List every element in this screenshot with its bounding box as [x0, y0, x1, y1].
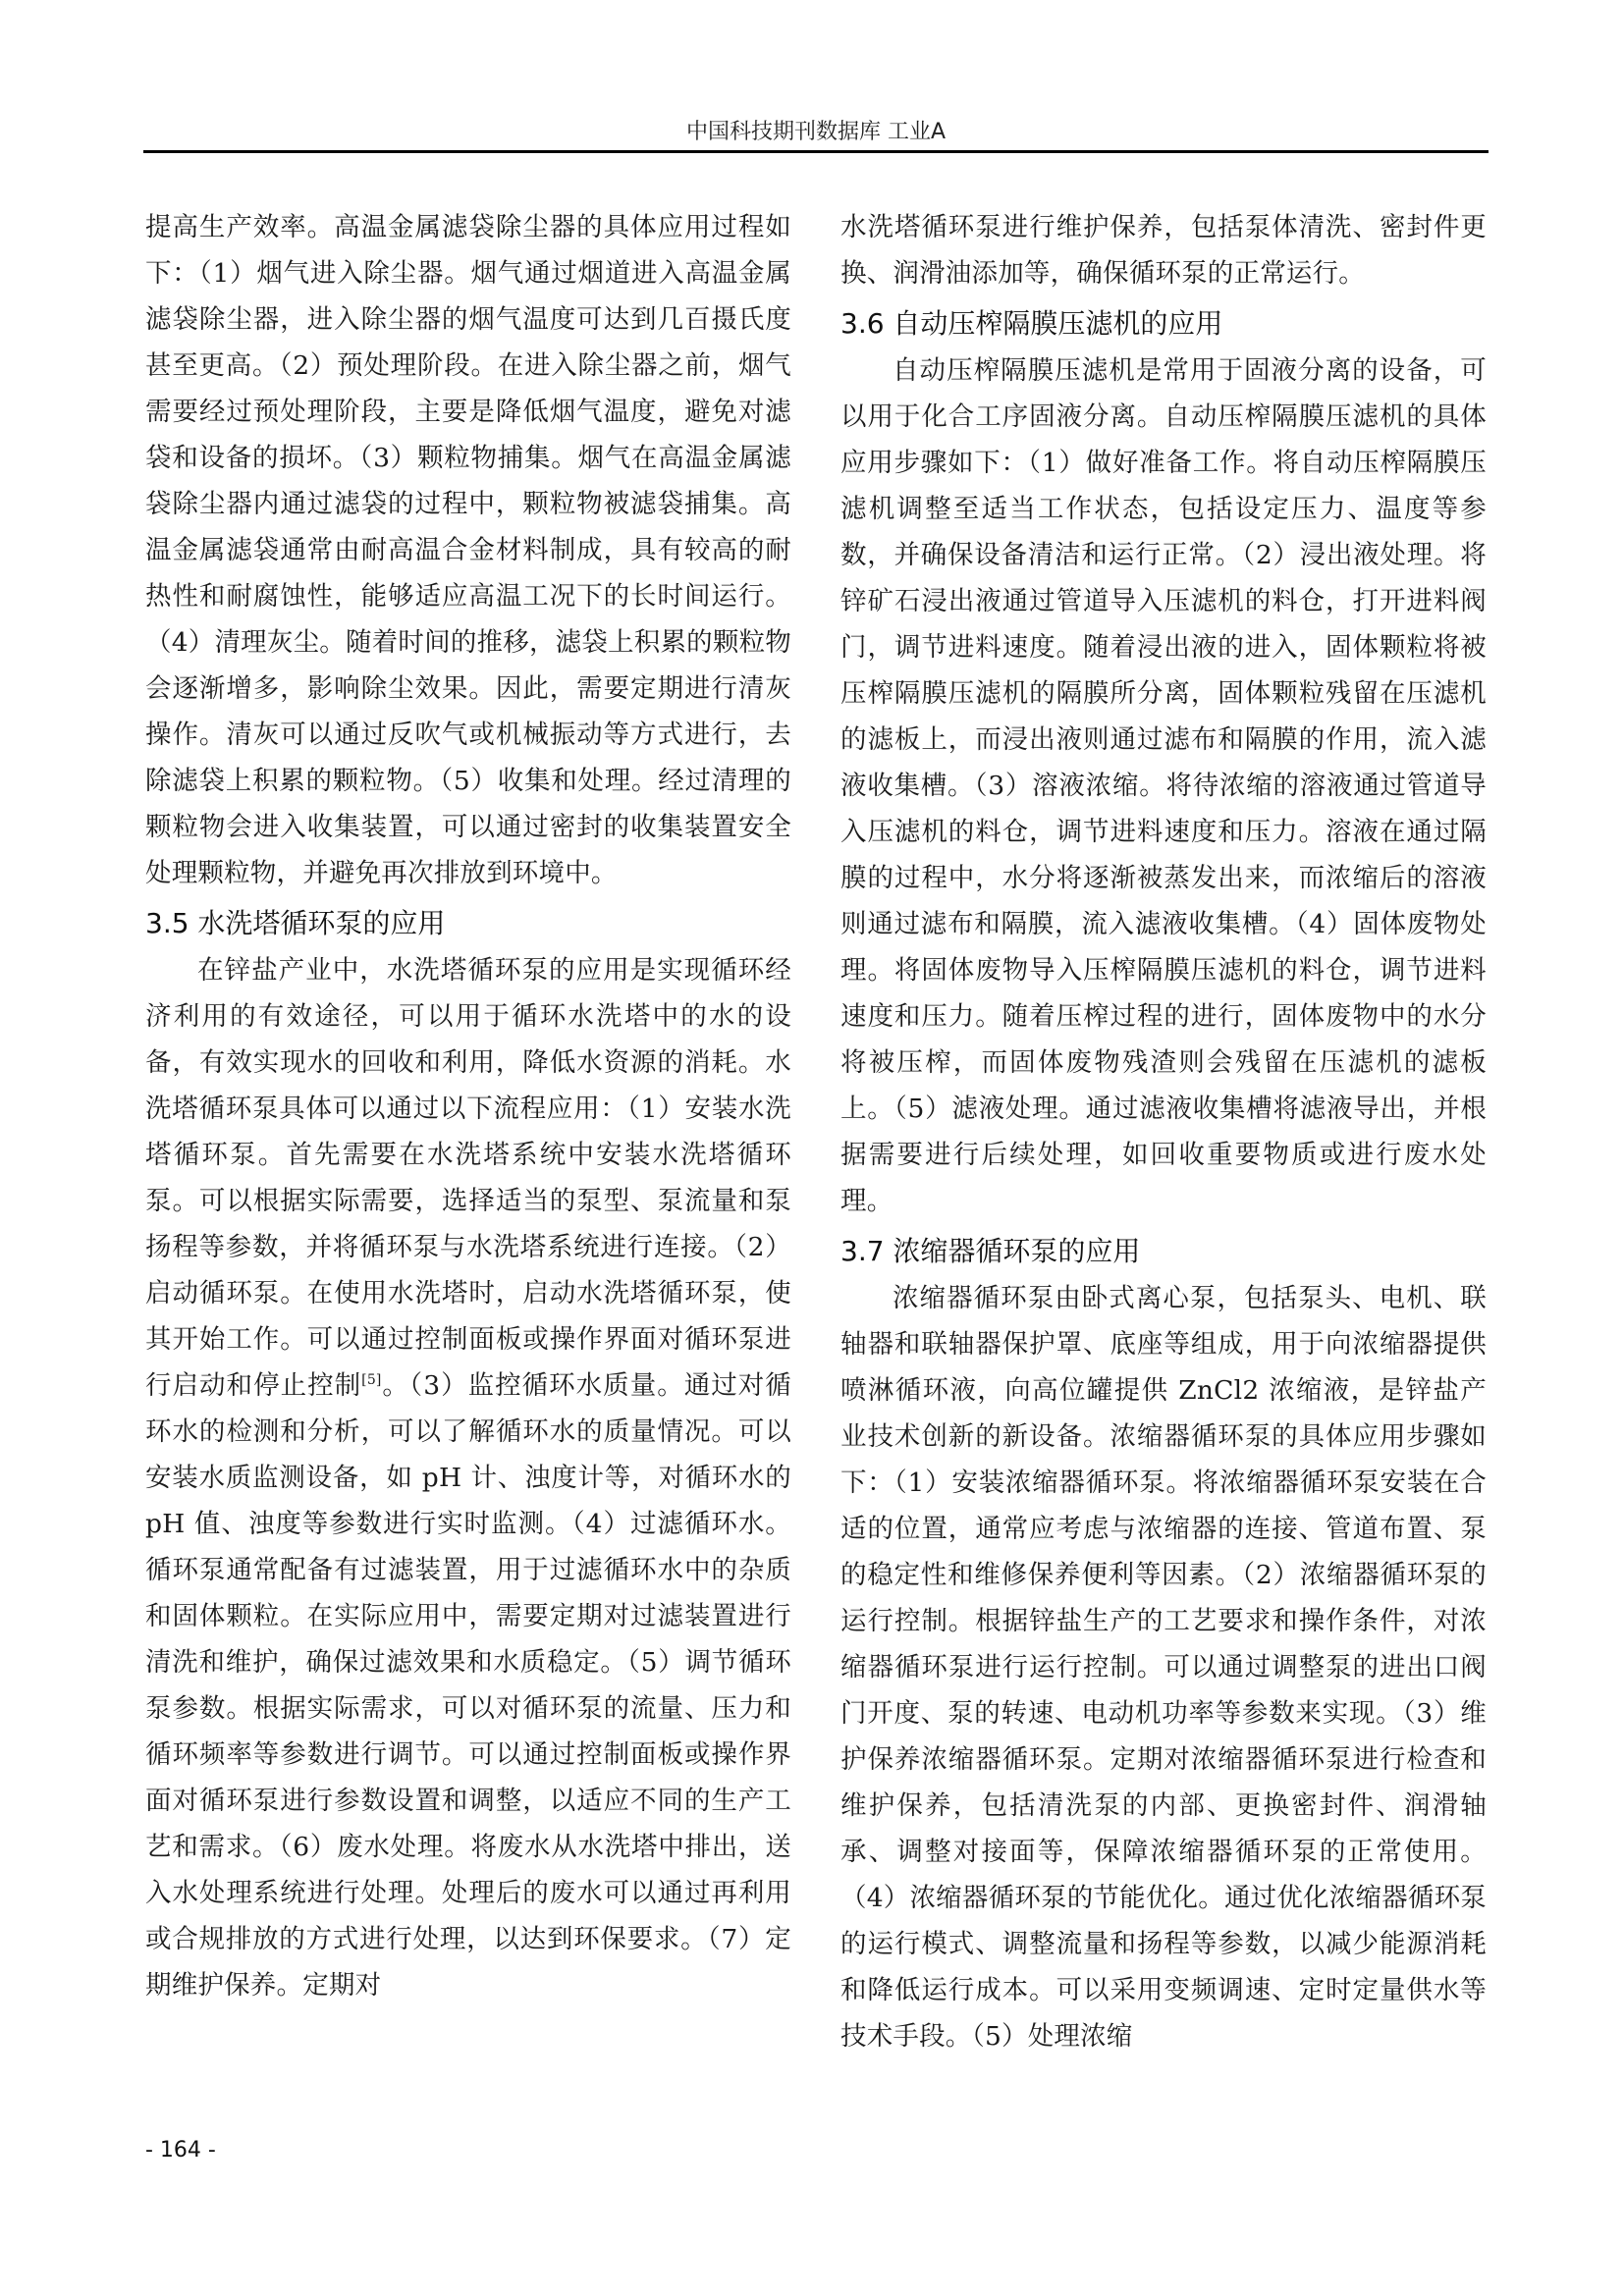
- paragraph-filter-press: 自动压榨隔膜压滤机是常用于固液分离的设备，可以用于化合工序固液分离。自动压榨隔膜…: [840, 347, 1487, 1224]
- paragraph-metal-filter-process: 提高生产效率。高温金属滤袋除尘器的具体应用过程如下：（1）烟气进入除尘器。烟气通…: [145, 204, 791, 896]
- section-heading-3-6: 3.6 自动压榨隔膜压滤机的应用: [840, 300, 1487, 347]
- paragraph-text-part-b: 。（3）监控循环水质量。通过对循环水的检测和分析，可以了解循环水的质量情况。可以…: [145, 1370, 791, 2001]
- paragraph-wash-tower-pump: 在锌盐产业中，水洗塔循环泵的应用是实现循环经济利用的有效途径，可以用于循环水洗塔…: [145, 947, 791, 2008]
- section-heading-3-7: 3.7 浓缩器循环泵的应用: [840, 1228, 1487, 1275]
- left-column: 提高生产效率。高温金属滤袋除尘器的具体应用过程如下：（1）烟气进入除尘器。烟气通…: [145, 204, 791, 2008]
- header-rule: [143, 150, 1489, 153]
- paragraph-concentrator-pump: 浓缩器循环泵由卧式离心泵，包括泵头、电机、联轴器和联轴器保护罩、底座等组成，用于…: [840, 1275, 1487, 2059]
- page-number: - 164 -: [145, 2138, 216, 2163]
- paragraph-wash-tower-maintenance: 水洗塔循环泵进行维护保养，包括泵体清洗、密封件更换、润滑油添加等，确保循环泵的正…: [840, 204, 1487, 296]
- citation-reference[interactable]: [5]: [361, 1372, 381, 1388]
- running-header: 中国科技期刊数据库 工业A: [143, 118, 1489, 152]
- section-heading-3-5: 3.5 水洗塔循环泵的应用: [145, 900, 791, 947]
- paragraph-text-part-a: 在锌盐产业中，水洗塔循环泵的应用是实现循环经济利用的有效途径，可以用于循环水洗塔…: [145, 955, 791, 1401]
- right-column: 水洗塔循环泵进行维护保养，包括泵体清洗、密封件更换、润滑油添加等，确保循环泵的正…: [840, 204, 1487, 2059]
